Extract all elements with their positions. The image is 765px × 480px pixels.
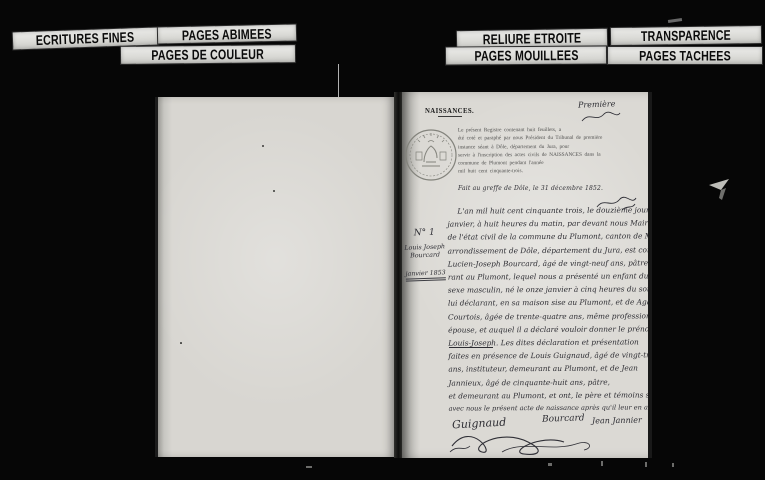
book-gutter (394, 92, 402, 458)
act-line: faites en présence de Louis Guignaud, âg… (448, 349, 648, 363)
label-ecritures-fines-text: ECRITURES FINES (36, 29, 135, 49)
act-line: lui déclarant, en sa maison sise au Plum… (448, 296, 648, 310)
microfilm-frame: ECRITURES FINES PAGES ABIMEES PAGES DE C… (0, 0, 765, 480)
closing-date-line: Fait au greffe de Dôle, le 31 décembre 1… (458, 185, 638, 192)
act-line: Jannieux, âgé de cinquante-huit ans, pât… (448, 375, 648, 389)
label-reliure-etroite-text: RELIURE ETROITE (483, 30, 582, 48)
paper-speck (180, 342, 182, 344)
formula-line: mil huit cent cinquante-trois. (458, 167, 641, 176)
dust-mark (548, 463, 552, 466)
label-pages-de-couleur: PAGES DE COULEUR (121, 45, 295, 64)
act-line: Lucien-Joseph Bourcard, âgé de vingt-neu… (448, 256, 648, 270)
birth-act-text: L'an mil huit cent cinquante trois, le d… (447, 203, 648, 415)
label-pages-mouillees: PAGES MOUILLEES (446, 46, 606, 64)
act-line: épouse, et auquel il a déclaré vouloir d… (448, 322, 648, 336)
paper-speck (273, 190, 275, 192)
register-right-page: NAISSANCES. Première Le présent Registre… (402, 92, 648, 458)
label-reliure-etroite: RELIURE ETROITE (457, 29, 607, 49)
act-line: L'an mil huit cent cinquante trois, le d… (447, 203, 647, 217)
dust-mark (601, 461, 603, 466)
act-line: rant au Plumont, lequel nous a présenté … (448, 269, 648, 283)
title-rule (438, 116, 462, 117)
page-title-text: NAISSANCES. (425, 108, 474, 115)
paraph-flourish-icon (580, 109, 622, 125)
dust-mark (306, 466, 312, 468)
margin-name-line2: Bourcard (402, 251, 448, 261)
blank-left-page (158, 97, 394, 457)
act-line: de l'état civil de la commune du Plumont… (448, 230, 648, 244)
label-pages-mouillees-text: PAGES MOUILLEES (474, 47, 578, 64)
film-scratch (668, 18, 682, 23)
label-pages-tachees: PAGES TACHEES (608, 47, 762, 64)
act-line: janvier, à huit heures du matin, par dev… (447, 217, 647, 231)
film-frame-marker-icon (708, 178, 734, 202)
label-pages-abimees: PAGES ABIMEES (158, 25, 296, 44)
fiscal-seal-icon (404, 128, 458, 182)
label-transparence-text: TRANSPARENCE (641, 27, 731, 44)
prenom-underline (449, 347, 493, 348)
label-pages-de-couleur-text: PAGES DE COULEUR (152, 46, 265, 63)
act-line: Courtois, âgée de trente-quatre ans, mêm… (448, 309, 648, 323)
act-number: N° 1 (402, 227, 447, 239)
dust-mark (645, 462, 647, 467)
act-line: ans, instituteur, demeurant au Plumont, … (448, 362, 648, 376)
act-line: et demeurant au Plumont, et ont, le père… (448, 388, 648, 402)
margin-note: N° 1 Louis Joseph Bourcard janvier 1853 (402, 227, 449, 282)
paper-speck (262, 145, 264, 147)
signature-paraph-flourish-icon (444, 422, 624, 458)
dust-mark (672, 463, 674, 467)
act-line: arrondissement de Dôle, département du J… (448, 243, 648, 257)
register-formula: Le présent Registre contenant huit feuil… (458, 126, 641, 177)
page-title: NAISSANCES. (425, 108, 474, 117)
label-pages-tachees-text: PAGES TACHEES (639, 47, 731, 63)
label-transparence: TRANSPARENCE (611, 26, 761, 45)
act-line: sexe masculin, né le onze janvier à cinq… (448, 283, 648, 297)
film-scratch (338, 64, 339, 97)
margin-date: janvier 1853 (405, 269, 445, 281)
label-pages-abimees-text: PAGES ABIMEES (182, 25, 272, 43)
